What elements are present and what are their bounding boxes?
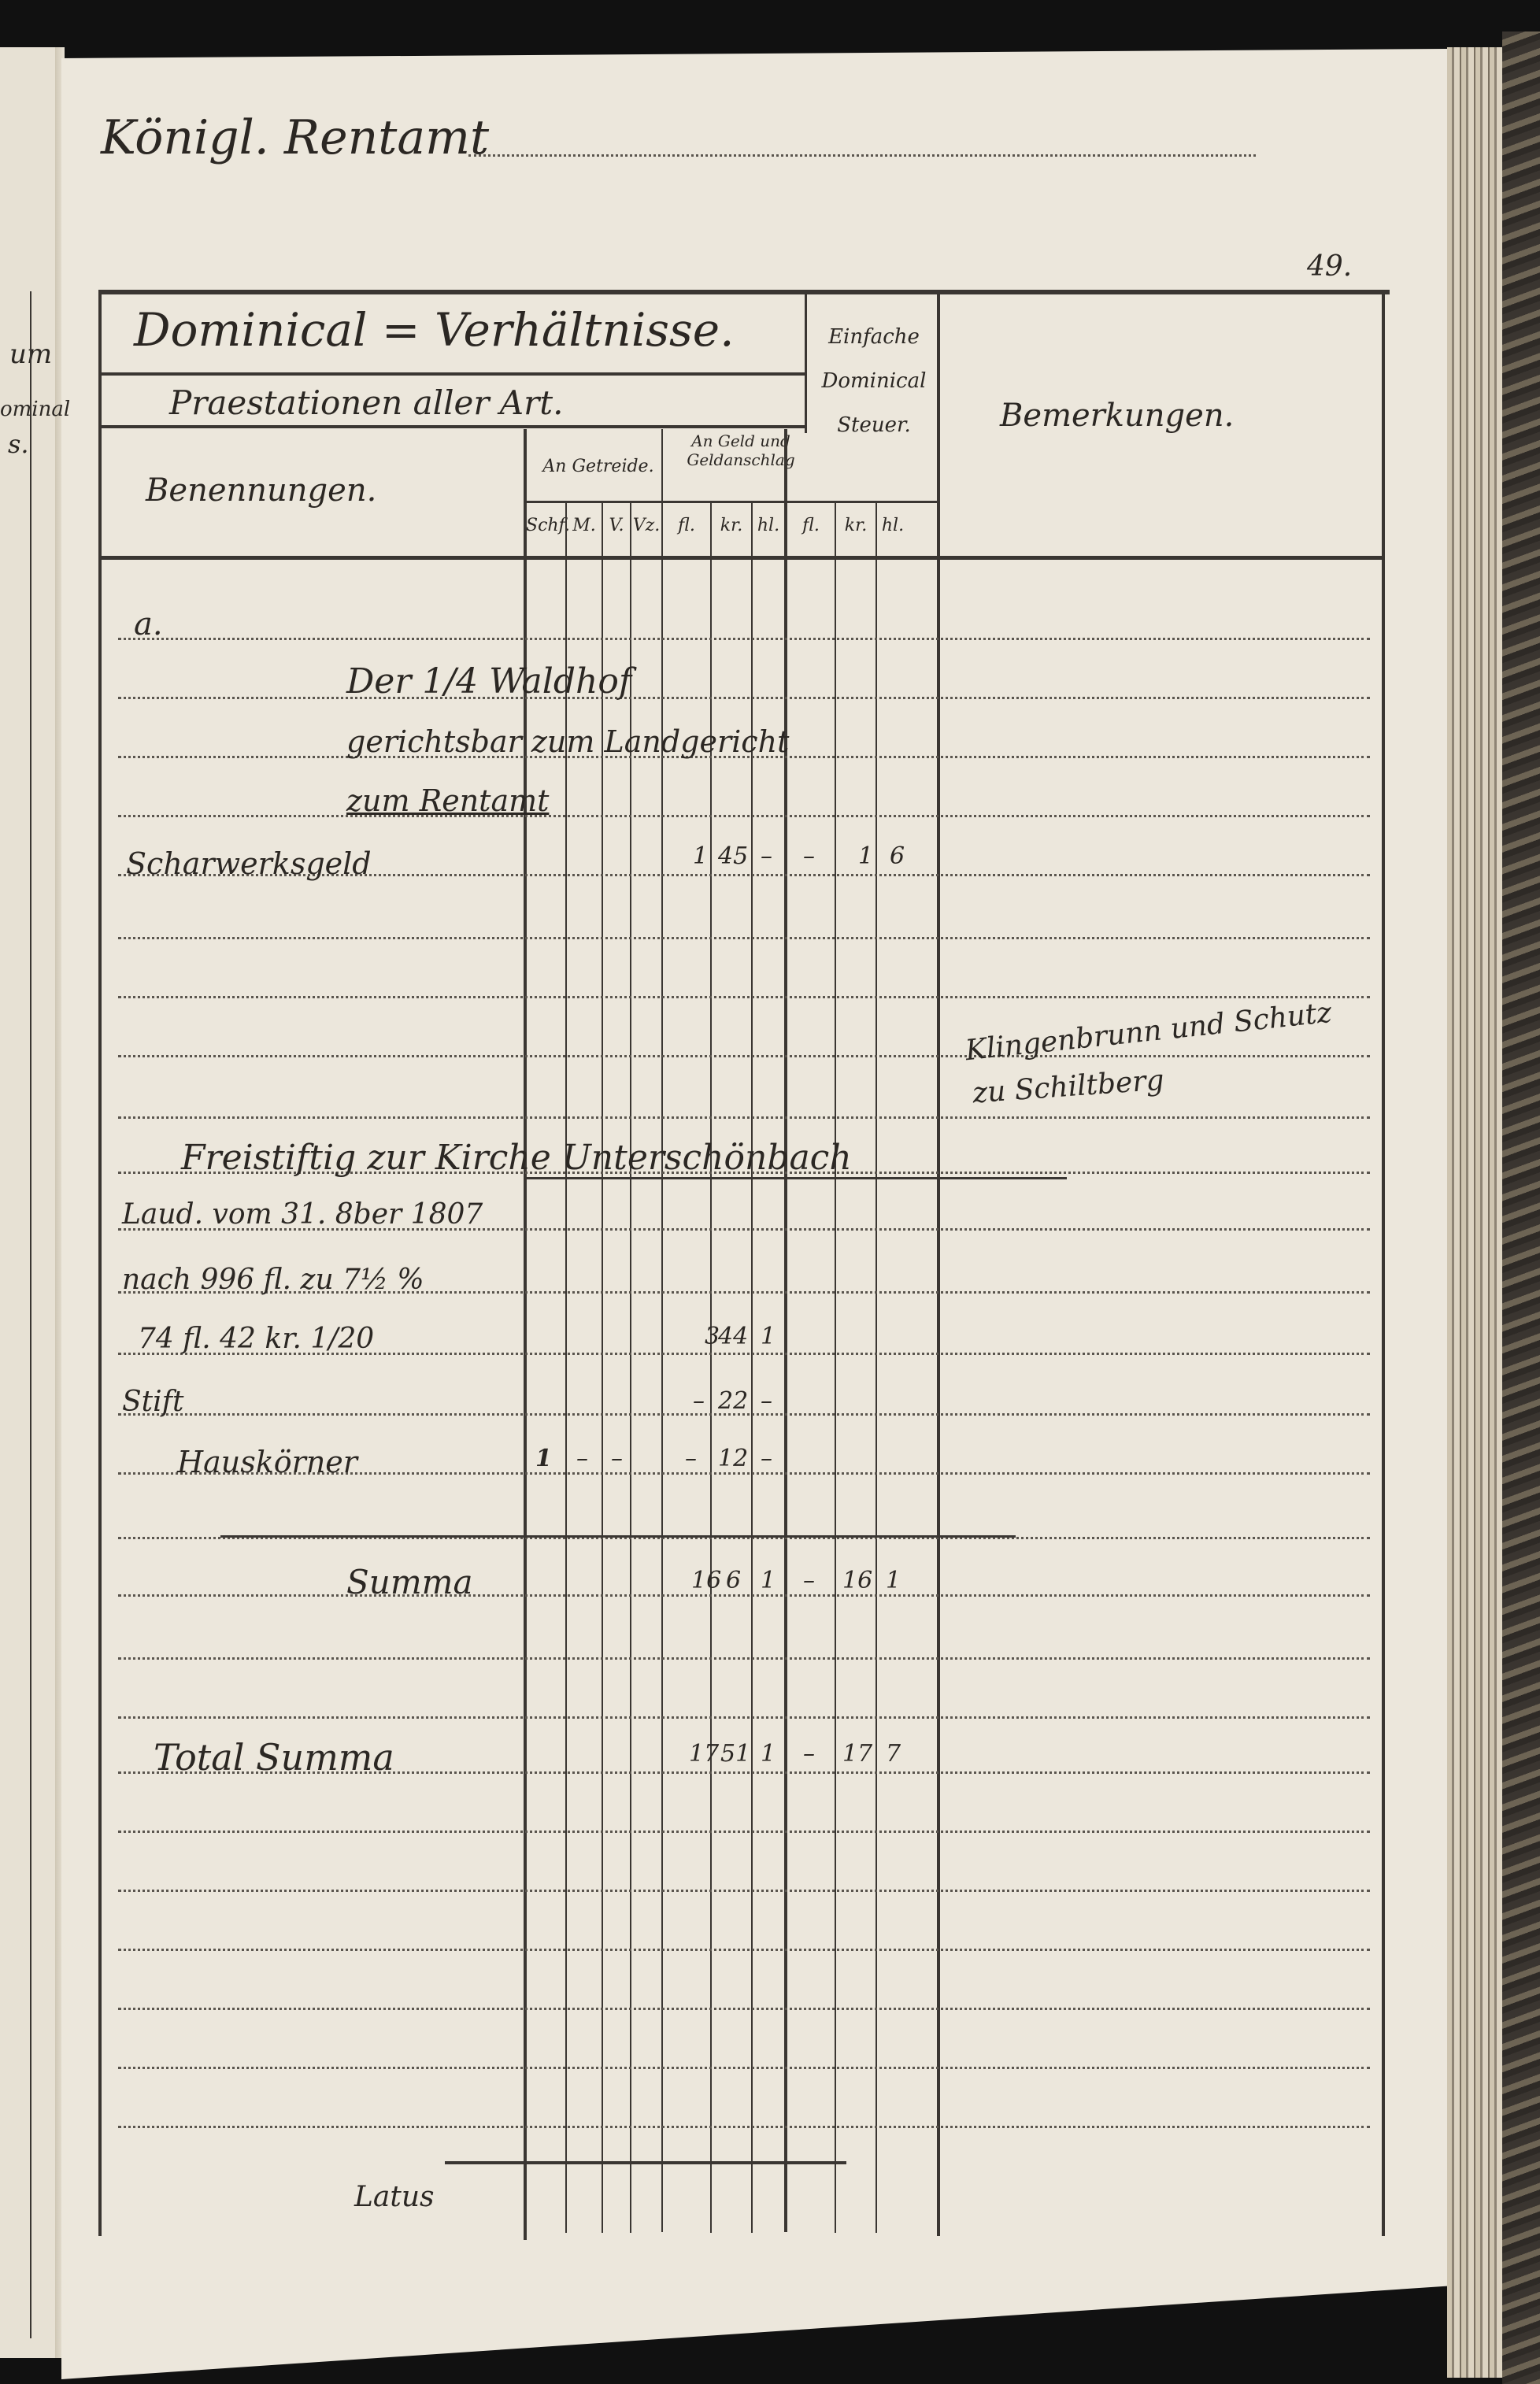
office-dotted-line xyxy=(468,154,1256,157)
summa-label: Summa xyxy=(346,1563,473,1601)
table-subtitle: Praestationen aller Art. xyxy=(169,383,563,422)
units-divider xyxy=(526,501,939,503)
total-steuer-kr: 17 xyxy=(842,1740,872,1768)
guide-line xyxy=(118,638,1370,640)
unit-geld-hl: hl. xyxy=(753,516,784,535)
section-letter: a. xyxy=(134,606,163,642)
total-geld-fl: 17 xyxy=(689,1740,719,1768)
unit-steuer-fl: fl. xyxy=(787,516,835,535)
col-rule xyxy=(751,501,753,2233)
latus-rule xyxy=(445,2161,846,2164)
row-label: Laud. vom 31. 8ber 1807 xyxy=(122,1198,483,1231)
table-top-border xyxy=(98,290,1390,294)
entry-heading: Freistiftig zur Kirche Unterschönbach xyxy=(181,1138,852,1178)
cell-getreide-schf: 1 xyxy=(535,1445,552,1472)
latus-label: Latus xyxy=(354,2181,435,2213)
total-geld-kr: 51 xyxy=(720,1740,750,1768)
col-rule xyxy=(630,501,631,2233)
page-edges xyxy=(1447,47,1502,2378)
col-rule xyxy=(661,429,663,2232)
guide-line xyxy=(118,1831,1370,1833)
row-label: Stift xyxy=(122,1386,183,1418)
guide-line xyxy=(118,815,1370,817)
guide-line xyxy=(118,937,1370,939)
underline xyxy=(524,1177,1067,1179)
col-header-getreide: An Getreide. xyxy=(524,457,673,476)
summa-geld-kr: 6 xyxy=(726,1567,741,1594)
col-rule xyxy=(876,501,877,2233)
col-rule xyxy=(710,501,712,2233)
cell-getreide-m: – xyxy=(576,1445,588,1472)
table-title: Dominical = Verhältnisse. xyxy=(134,303,735,357)
unit-steuer-hl: hl. xyxy=(877,516,909,535)
total-steuer-hl: 7 xyxy=(886,1740,901,1768)
unit-geld-fl: fl. xyxy=(663,516,710,535)
cell-geld-fl: – xyxy=(685,1445,697,1472)
row-label: nach 996 fl. zu 7½ % xyxy=(122,1264,424,1296)
cell-geld-kr: 22 xyxy=(718,1387,748,1415)
guide-line xyxy=(118,1055,1370,1057)
guide-line xyxy=(118,1594,1370,1597)
left-page-fragment: ominal xyxy=(0,398,70,421)
guide-line xyxy=(118,2126,1370,2128)
cell-geld-hl: – xyxy=(761,1445,772,1472)
subtitle-divider xyxy=(101,425,807,428)
col-rule xyxy=(805,291,807,433)
left-page-fragment: s. xyxy=(8,429,29,459)
summa-steuer-kr: 16 xyxy=(842,1567,872,1594)
col-header-names: Benennungen. xyxy=(146,472,376,509)
marbled-cover xyxy=(1502,31,1540,2384)
cell-geld-kr: 12 xyxy=(718,1445,748,1472)
col-rule xyxy=(835,501,836,2233)
col-header-remarks: Bemerkungen. xyxy=(1000,398,1234,434)
cell-getreide-v: – xyxy=(611,1445,623,1472)
col-rule xyxy=(565,501,567,2233)
total-steuer-fl: – xyxy=(803,1740,815,1768)
row-label: Hauskörner xyxy=(177,1445,357,1479)
unit-m: M. xyxy=(567,516,602,535)
total-label: Total Summa xyxy=(154,1736,394,1779)
guide-line xyxy=(118,2008,1370,2010)
summa-steuer-fl: – xyxy=(803,1567,815,1594)
cell-geld-hl: – xyxy=(761,1387,772,1415)
unit-steuer-kr: kr. xyxy=(836,516,876,535)
table-left-border xyxy=(98,291,102,2236)
cell-steuer-hl: 6 xyxy=(890,842,905,870)
guide-line xyxy=(118,1890,1370,1892)
cell-geld-kr: 45 xyxy=(718,842,748,870)
table-right-border xyxy=(1382,291,1385,2236)
cell-geld-hl: – xyxy=(761,842,772,870)
summa-rule xyxy=(220,1535,1016,1538)
header-bottom-border xyxy=(101,556,1384,560)
entry-heading: Der 1/4 Waldhof xyxy=(346,661,631,702)
entry-heading: zum Rentamt xyxy=(346,783,549,818)
col-rule-remarks xyxy=(937,291,940,2236)
left-page-rule xyxy=(30,291,31,2338)
page-number: 49. xyxy=(1307,250,1352,283)
summa-geld-fl: 16 xyxy=(691,1567,721,1594)
cell-steuer-kr: 1 xyxy=(858,842,873,870)
guide-line xyxy=(118,1116,1370,1119)
guide-line xyxy=(118,1949,1370,1951)
guide-line xyxy=(118,1657,1370,1660)
total-geld-hl: 1 xyxy=(761,1740,776,1768)
col-rule xyxy=(602,501,603,2233)
row-label: 74 fl. 42 kr. 1/20 xyxy=(138,1323,374,1355)
office-label: Königl. Rentamt xyxy=(101,110,489,165)
summa-geld-hl: 1 xyxy=(761,1567,776,1594)
unit-vz: Vz. xyxy=(631,516,661,535)
cell-steuer-fl: – xyxy=(803,842,815,870)
cell-geld-hl: 1 xyxy=(761,1323,776,1350)
row-label: Scharwerksgeld xyxy=(126,846,372,881)
unit-v: V. xyxy=(603,516,630,535)
cell-geld-fl: – xyxy=(693,1387,705,1415)
guide-line xyxy=(118,996,1370,998)
col-rule xyxy=(784,429,787,2232)
summa-steuer-hl: 1 xyxy=(886,1567,901,1594)
col-header-steuer: Einfache Dominical Steuer. xyxy=(811,315,937,447)
cell-geld-kr: 44 xyxy=(718,1323,748,1350)
guide-line xyxy=(118,697,1370,699)
unit-geld-kr: kr. xyxy=(712,516,751,535)
unit-schf: Schf. xyxy=(526,516,565,535)
title-divider xyxy=(101,372,807,376)
entry-heading: gerichtsbar zum Landgericht xyxy=(346,724,789,759)
guide-line xyxy=(118,1716,1370,1719)
cell-geld-fl: 1 xyxy=(693,842,708,870)
guide-line xyxy=(118,2067,1370,2069)
